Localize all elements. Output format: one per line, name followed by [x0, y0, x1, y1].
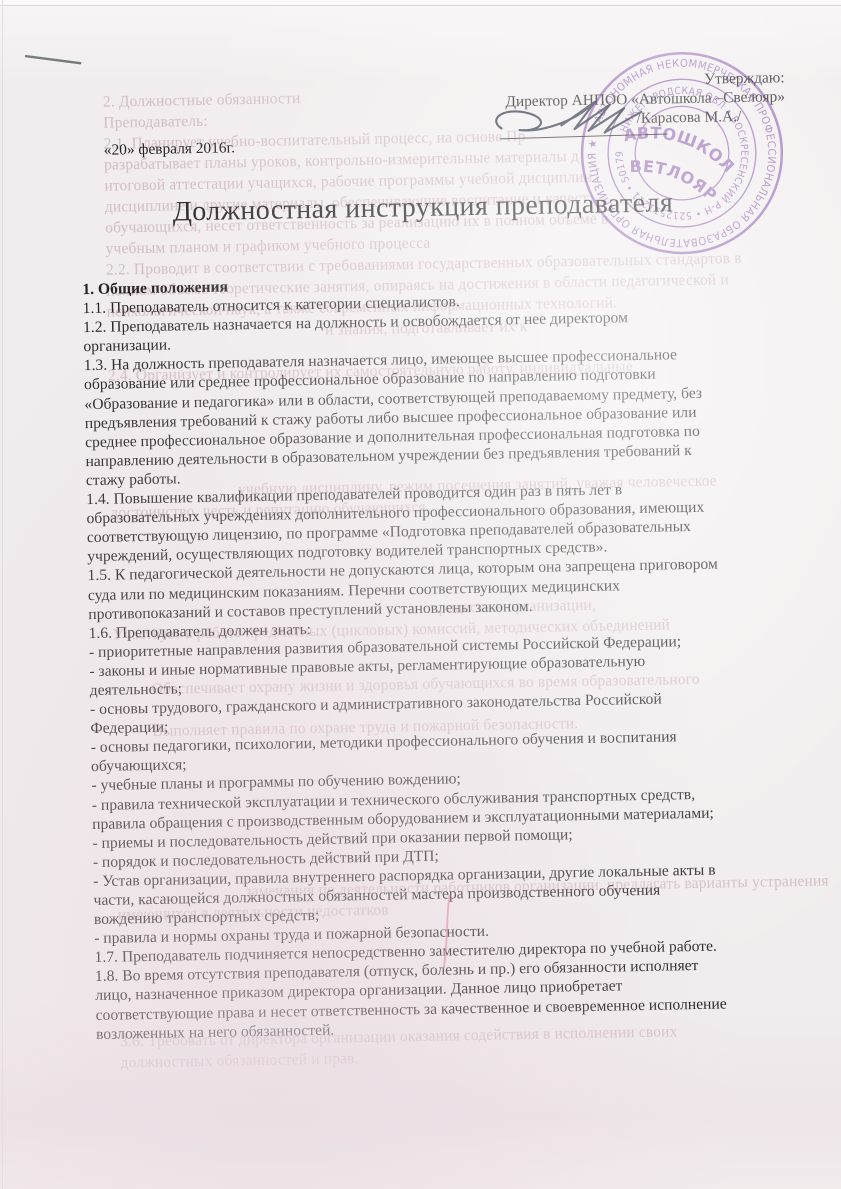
scan-top-edge: [0, 0, 841, 6]
pen-mark: [20, 46, 90, 71]
date-line: «20» февраля 2016г.: [104, 139, 235, 159]
scan-left-edge: [2, 0, 3, 1189]
organization-stamp: АВТОНОМНАЯ НЕКОММЕРЧЕСКАЯ ПРОФЕССИОНАЛЬН…: [576, 47, 788, 259]
scanned-page: 2. Должностные обязанностиПреподаватель:…: [0, 0, 841, 1189]
crease-mark: [435, 891, 460, 971]
